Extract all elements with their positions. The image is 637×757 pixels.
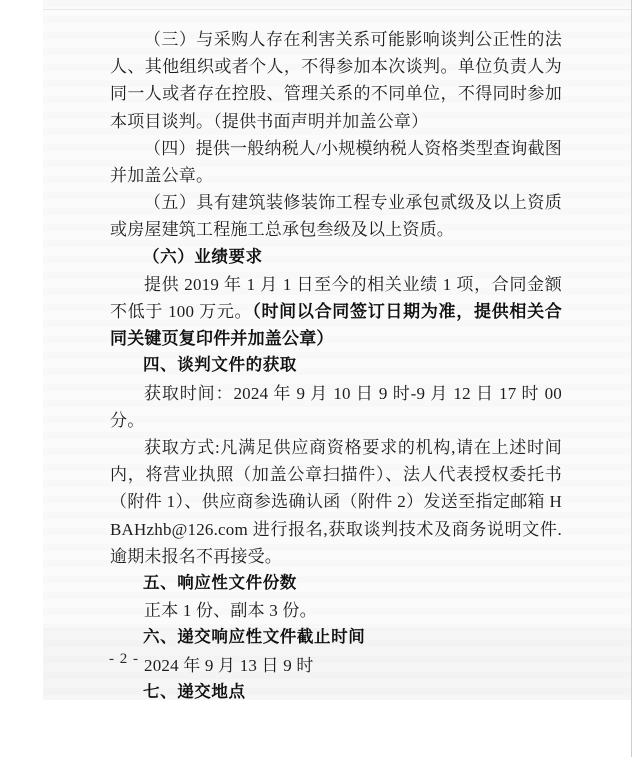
document-viewport: （三）与采购人存在利害关系可能影响谈判公正性的法人、其他组织或者个人，不得参加本…	[0, 0, 637, 757]
paragraph-obtain-method: 获取方式:凡满足供应商资格要求的机构,请在上述时间内，将营业执照（加盖公章扫描件…	[110, 434, 562, 570]
scan-artifact-line	[43, 9, 632, 10]
heading-section-7: 七、递交地点	[110, 679, 562, 706]
heading-section-5: 五、响应性文件份数	[110, 570, 562, 597]
paragraph-clause-4: （四）提供一般纳税人/小规模纳税人资格类型查询截图并加盖公章。	[110, 135, 562, 189]
paragraph-clause-5: （五）具有建筑装修装饰工程专业承包贰级及以上资质或房屋建筑工程施工总承包叁级及以…	[110, 189, 562, 243]
paragraph-performance-requirement: 提供 2019 年 1 月 1 日至今的相关业绩 1 项，合同金额不低于 100…	[110, 271, 562, 353]
paragraph-obtain-time: 获取时间：2024 年 9 月 10 日 9 时-9 月 12 日 17 时 0…	[110, 380, 562, 434]
page-content: （三）与采购人存在利害关系可能影响谈判公正性的法人、其他组织或者个人，不得参加本…	[110, 26, 562, 706]
heading-clause-6: （六）业绩要求	[110, 244, 562, 271]
page-edge-line	[631, 0, 632, 757]
heading-section-4: 四、谈判文件的获取	[110, 352, 562, 379]
paragraph-clause-3: （三）与采购人存在利害关系可能影响谈判公正性的法人、其他组织或者个人，不得参加本…	[110, 26, 562, 135]
paragraph-copies: 正本 1 份、副本 3 份。	[110, 597, 562, 624]
scanned-page: （三）与采购人存在利害关系可能影响谈判公正性的法人、其他组织或者个人，不得参加本…	[43, 0, 632, 700]
heading-section-6: 六、递交响应性文件截止时间	[110, 624, 562, 651]
paragraph-deadline: 2024 年 9 月 13 日 9 时	[110, 652, 562, 679]
page-number: - 2 -	[109, 651, 139, 668]
